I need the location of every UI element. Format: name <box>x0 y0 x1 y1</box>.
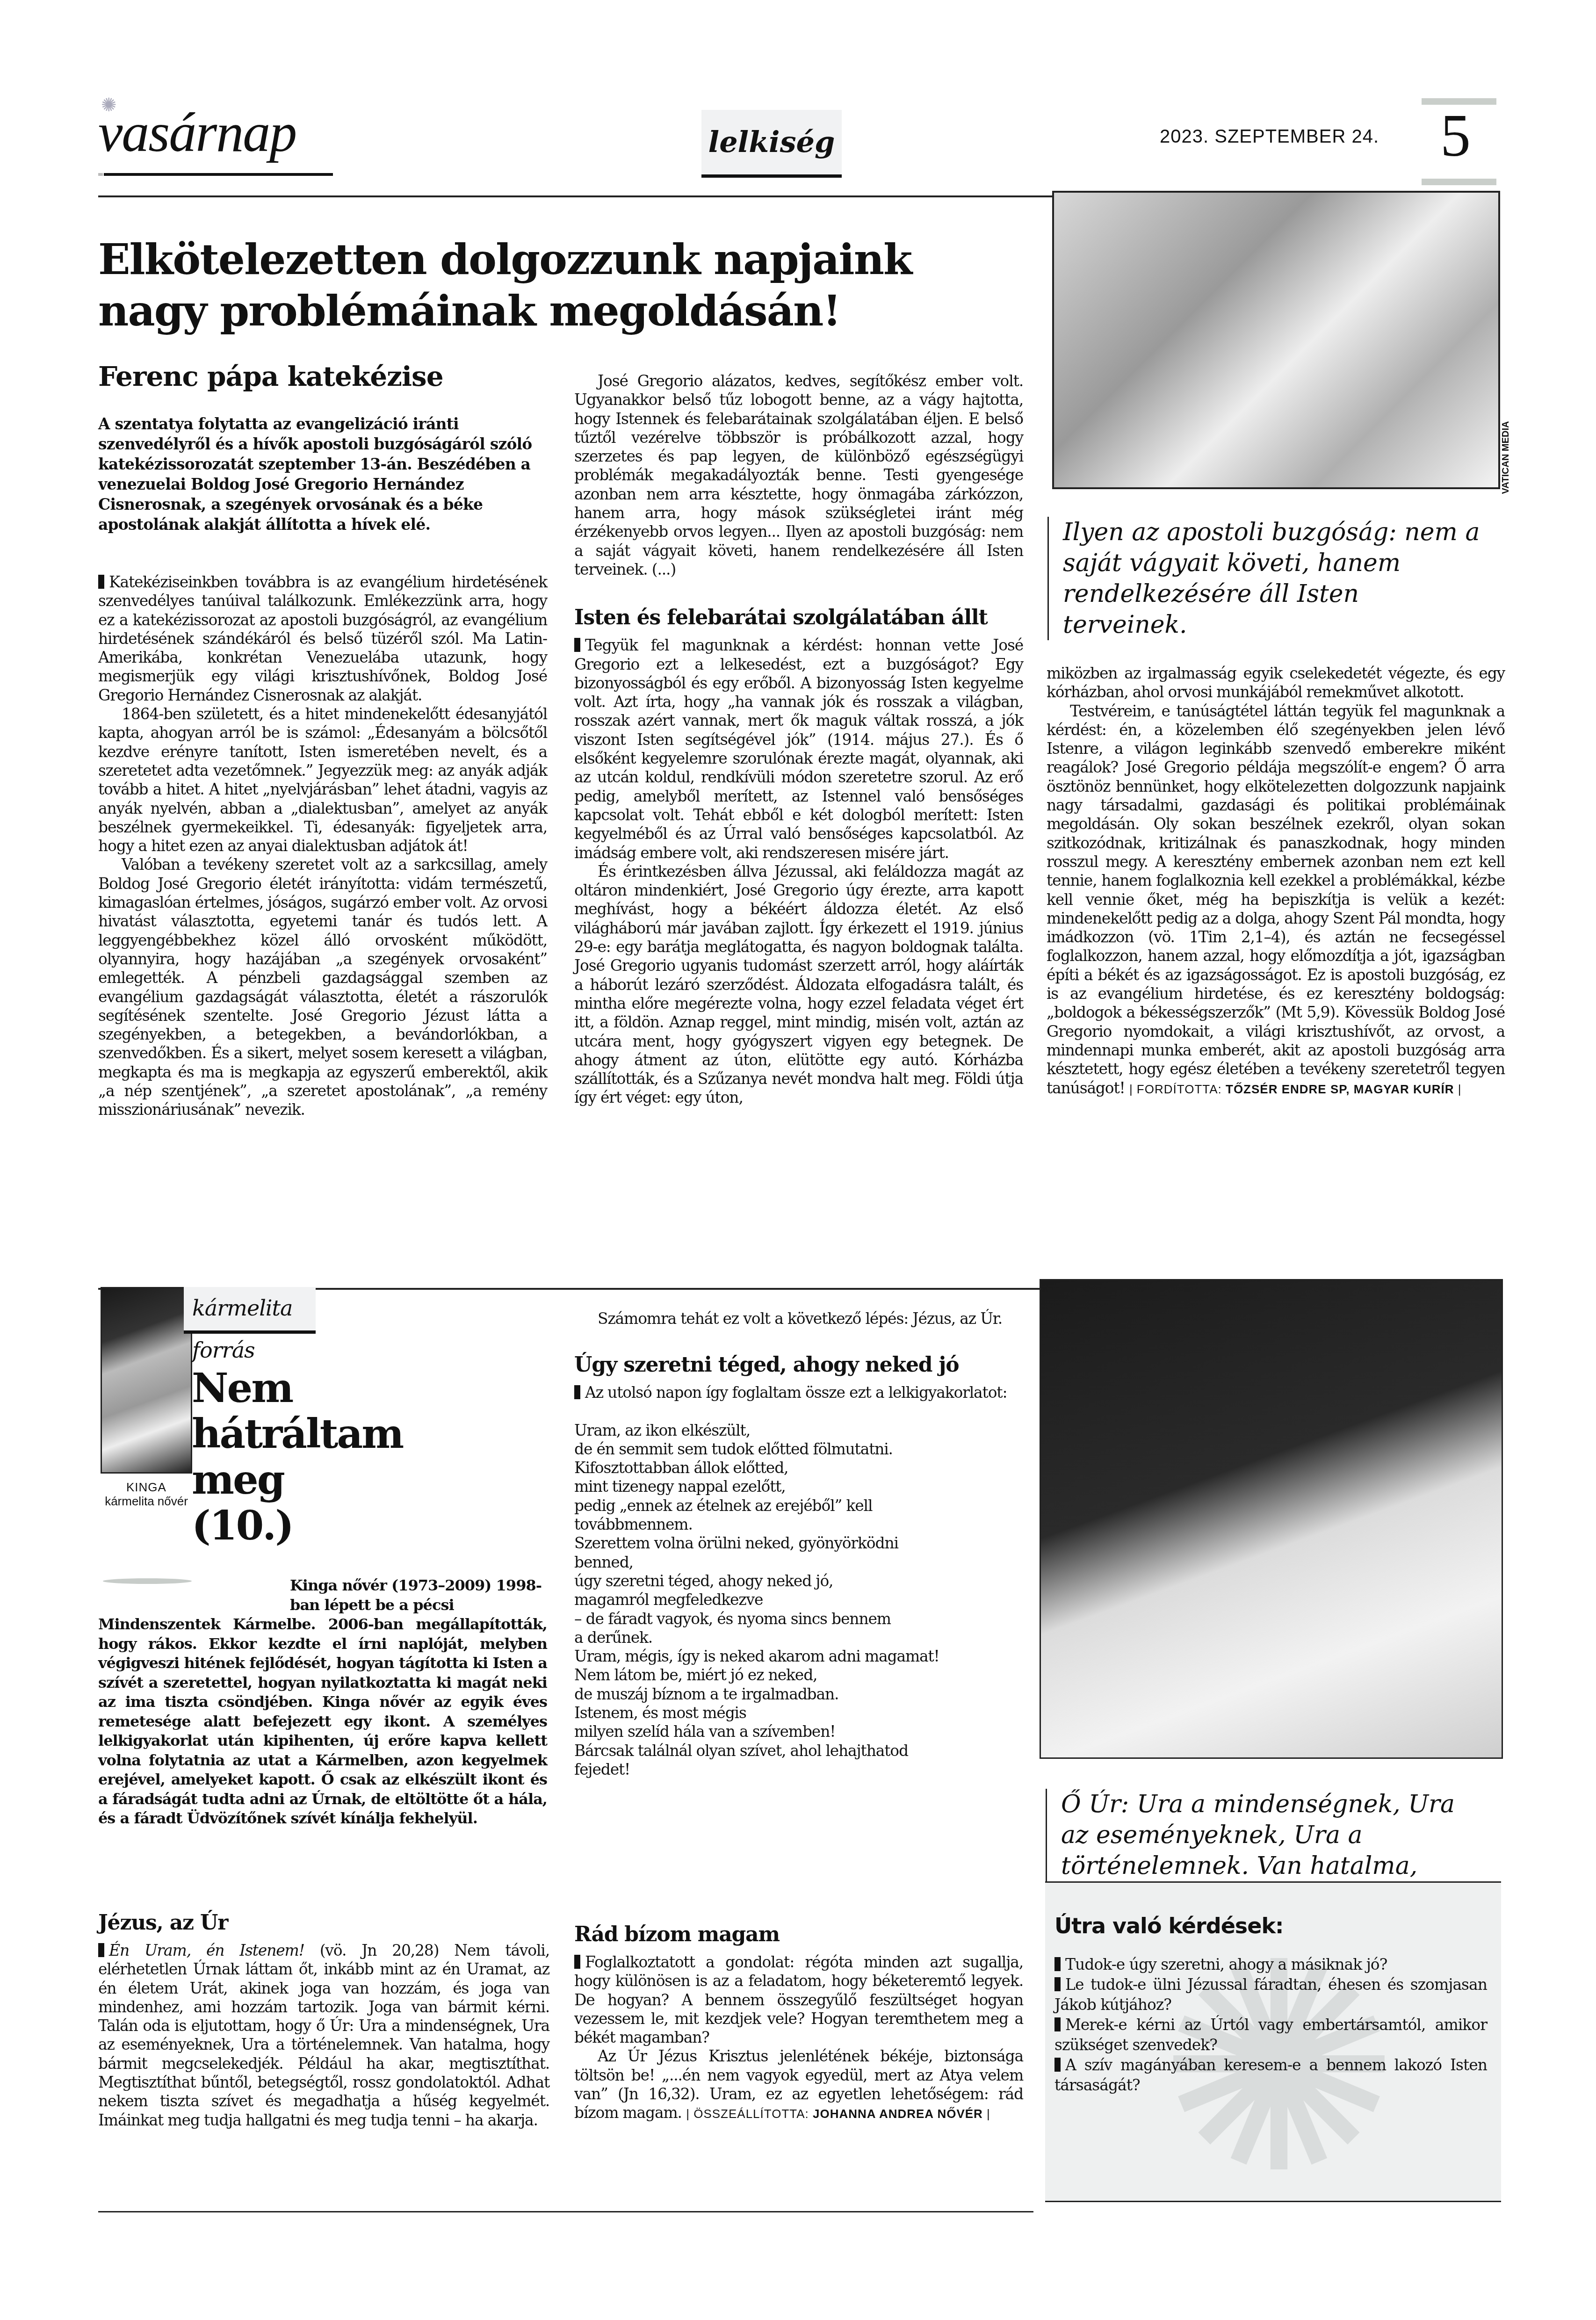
article-column-2: José Gregorio alázatos, kedves, segítőké… <box>574 372 1023 1107</box>
page-number-box: 5 <box>1422 98 1496 186</box>
poem-line: a derűnek. <box>574 1628 1023 1647</box>
paragraph: Testvéreim, e tanúságtétel láttán tegyük… <box>1047 702 1505 1099</box>
byline: | FORDÍTOTTA: TŐZSÉR ENDRE SP, MAGYAR KU… <box>1129 1082 1462 1096</box>
paragraph-marker-icon <box>98 575 104 589</box>
questions-list: Tudok-e úgy szeretni, ahogy a másiknak j… <box>1045 1954 1501 2095</box>
poem-line: magamról megfeledkezve <box>574 1590 1023 1609</box>
intro-rest: Mindenszentek Kármelbe. 2006-ban megálla… <box>98 1615 547 1827</box>
question-item: Le tudok-e ülni Jézussal fáradtan, éhese… <box>1054 1974 1487 2015</box>
paragraph: Az Úr Jézus Krisztus jelenlétének békéje… <box>574 2047 1023 2123</box>
poem-line: továbbmennem. <box>574 1515 1023 1534</box>
author-role: kármelita nővér <box>101 1494 192 1508</box>
byline: | ÖSSZEÁLLÍTOTTA: JOHANNA ANDREA NŐVÉR | <box>686 2107 990 2121</box>
poem-line: mint tizenegy nappal ezelőtt, <box>574 1477 1023 1496</box>
bullet-icon <box>1054 1977 1061 1991</box>
paragraph: Én Uram, én Istenem! (vö. Jn 20,28) Nem … <box>98 1941 549 2130</box>
paragraph-text: Az utolsó napon így foglaltam össze ezt … <box>585 1383 1007 1402</box>
poem-line: fejedet! <box>574 1760 1023 1779</box>
poem-line: Uram, mégis, így is neked akarom adni ma… <box>574 1647 1023 1666</box>
article-column-3: miközben az irgalmasság egyik cselekedet… <box>1047 664 1505 1099</box>
poem-line: Uram, az ikon elkészült, <box>574 1421 1023 1440</box>
author-portrait <box>101 1287 192 1474</box>
author-name: KINGA <box>101 1480 192 1494</box>
questions-title: Útra való kérdések: <box>1045 1883 1501 1938</box>
headline-line-2: nagy problémáinak megoldásán! <box>98 285 1029 337</box>
paragraph: José Gregorio alázatos, kedves, segítőké… <box>574 372 1023 579</box>
article-lead: A szentatya folytatta az evangelizáció i… <box>98 414 547 535</box>
poem-line: Kifosztottabban állok előtted, <box>574 1459 1023 1477</box>
bullet-icon <box>1054 2058 1061 2072</box>
byline-name: TŐZSÉR ENDRE SP, MAGYAR KURÍR <box>1226 1082 1454 1096</box>
byline-label: FORDÍTOTTA: <box>1137 1082 1222 1096</box>
byline-label: ÖSSZEÁLLÍTOTTA: <box>693 2107 809 2121</box>
paragraph-marker-icon <box>574 1955 580 1969</box>
poem-line: Bárcsak találnál olyan szívet, ahol leha… <box>574 1742 1023 1760</box>
series-label: kármelita forrás <box>184 1287 316 1371</box>
question-item: A szív magányában keresem-e a bennem lak… <box>1054 2055 1487 2095</box>
section-label: lelkiség <box>708 125 835 159</box>
paragraph-text: Katekéziseinkben továbbra is az evangéli… <box>98 573 547 704</box>
poem-line: Szerettem volna örülni neked, gyönyörköd… <box>574 1534 1023 1553</box>
byline-name: JOHANNA ANDREA NŐVÉR <box>813 2107 983 2121</box>
paragraph: miközben az irgalmasság egyik cselekedet… <box>1047 664 1505 702</box>
series-tag: kármelita forrás <box>184 1287 316 1334</box>
paragraph-marker-icon <box>574 638 580 652</box>
author-caption: KINGA kármelita nővér <box>101 1480 192 1508</box>
paragraph-text: Tegyük fel magunknak a kérdést: honnan v… <box>574 636 1023 861</box>
paragraph: Az utolsó napon így foglaltam össze ezt … <box>574 1383 1023 1402</box>
scripture-quote: Én Uram, én Istenem! <box>109 1941 304 1959</box>
poem-line: de muszáj bíznom a te irgalmadban. <box>574 1685 1023 1704</box>
photo-credit: FOTÓ: VATICAN MEDIA <box>1499 355 1513 496</box>
poem-line: de én semmit sem tudok előtted fölmutatn… <box>574 1440 1023 1459</box>
photo-credit-label: FOTÓ: <box>1503 482 1596 492</box>
section-heading: Isten és felebarátai szolgálatában állt <box>574 605 1023 630</box>
masthead-underline <box>104 173 333 176</box>
page-number: 5 <box>1440 105 1471 166</box>
carmel-column-3: Rád bízom magam Foglalkoztatott a gondol… <box>574 1922 1023 2124</box>
poem-line: Istenem, és most mégis <box>574 1704 1023 1722</box>
section-heading: Jézus, az Úr <box>98 1910 549 1936</box>
paragraph-text: (vö. Jn 20,28) Nem távoli, elérhetetlen … <box>98 1941 549 2129</box>
poem: Uram, az ikon elkészült, de én semmit se… <box>574 1421 1023 1779</box>
headline-line-1: Elkötelezetten dolgozzunk napjaink <box>98 234 1029 285</box>
paragraph: 1864-ben született, és a hitet mindeneke… <box>98 705 547 855</box>
carmel-intro: Kinga nővér (1973–2009) 1998-ban lépett … <box>98 1576 547 1829</box>
carmel-headline: Nem hátráltam meg (10.) <box>192 1366 388 1549</box>
paragraph: Valóban a tevékeny szeretet volt az a sa… <box>98 855 547 1119</box>
question-text: Merek-e kérni az Úrtól vagy embertársamt… <box>1054 2016 1487 2054</box>
icon-painting-photo <box>1040 1279 1503 1759</box>
question-item: Merek-e kérni az Úrtól vagy embertársamt… <box>1054 2015 1487 2055</box>
paragraph-marker-icon <box>98 1943 104 1957</box>
carmel-column-1: Jézus, az Úr Én Uram, én Istenem! (vö. J… <box>98 1910 549 2130</box>
paragraph: Számomra tehát ez volt a következő lépés… <box>574 1309 1023 1328</box>
page-number-bottom-bar <box>1422 179 1496 185</box>
questions-box: ✺ Útra való kérdések: Tudok-e úgy szeret… <box>1045 1881 1501 2202</box>
question-text: A szív magányában keresem-e a bennem lak… <box>1054 2056 1487 2094</box>
issue-date: 2023. SZEPTEMBER 24. <box>1160 126 1394 147</box>
paragraph-text: Testvéreim, e tanúságtétel láttán tegyük… <box>1047 702 1505 1097</box>
question-item: Tudok-e úgy szeretni, ahogy a másiknak j… <box>1054 1954 1487 1974</box>
section-heading: Rád bízom magam <box>574 1922 1023 1947</box>
carmel-column-2: Számomra tehát ez volt a következő lépés… <box>574 1309 1023 1779</box>
paragraph: Foglalkoztatott a gondolat: régóta minde… <box>574 1953 1023 2047</box>
poem-line: úgy szeretni téged, ahogy neked jó, <box>574 1572 1023 1590</box>
article-headline: Elkötelezetten dolgozzunk napjaink nagy … <box>98 234 1029 337</box>
pull-quote: Ilyen az apostoli buzgóság: nem a saját … <box>1047 517 1484 640</box>
pope-photo <box>1052 191 1500 489</box>
section-tag: lelkiség <box>701 110 842 178</box>
bullet-icon <box>1054 1957 1061 1971</box>
question-text: Tudok-e úgy szeretni, ahogy a másiknak j… <box>1065 1955 1387 1973</box>
poem-line: Nem látom be, miért jó ez neked, <box>574 1666 1023 1684</box>
bottom-divider <box>98 2211 1033 2212</box>
paragraph-text: Foglalkoztatott a gondolat: régóta minde… <box>574 1953 1023 2046</box>
poem-line: – de fáradt vagyok, és nyoma sincs benne… <box>574 1610 1023 1628</box>
poem-line: pedig „ennek az ételnek az erejéből” kel… <box>574 1496 1023 1515</box>
article-column-1: Katekéziseinkben továbbra is az evangéli… <box>98 573 547 1120</box>
masthead-accent <box>98 173 103 176</box>
paragraph: Tegyük fel magunknak a kérdést: honnan v… <box>574 636 1023 862</box>
article-subhead: Ferenc pápa katekézise <box>98 360 547 393</box>
paragraph: Katekéziseinkben továbbra is az evangéli… <box>98 573 547 705</box>
paragraph-marker-icon <box>574 1385 580 1399</box>
poem-line: milyen szelíd hála van a szívemben! <box>574 1722 1023 1741</box>
masthead-logo: ✺ vasárnap <box>98 101 341 171</box>
bullet-icon <box>1054 2017 1061 2031</box>
question-text: Le tudok-e ülni Jézussal fáradtan, éhese… <box>1054 1975 1487 2014</box>
poem-line: benned, <box>574 1553 1023 1572</box>
paragraph: És érintkezésben állva Jézussal, aki fel… <box>574 862 1023 1107</box>
masthead-title: vasárnap <box>98 105 296 160</box>
intro-first-lines: Kinga nővér (1973–2009) 1998-ban lépett … <box>98 1576 547 1615</box>
section-heading: Úgy szeretni téged, ahogy neked jó <box>574 1352 1023 1378</box>
